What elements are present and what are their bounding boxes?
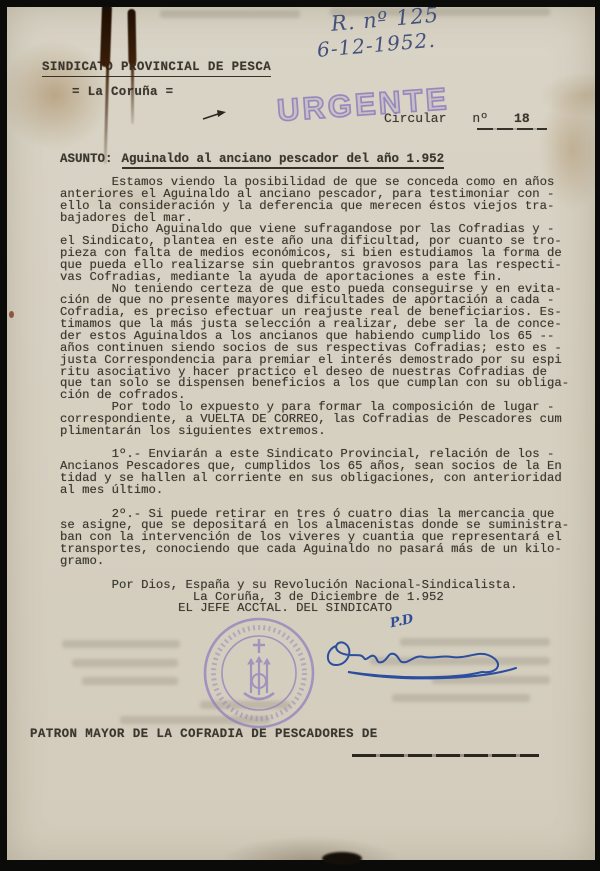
subject-line: ASUNTO:Aguinaldo al anciano pescador del… — [60, 152, 444, 166]
circular-number: 18 — [514, 111, 530, 126]
circular-no-sign: nº — [472, 111, 488, 126]
ink-spot — [9, 311, 14, 318]
ink-drip-stain — [100, 3, 112, 67]
scan-border — [0, 0, 600, 7]
scan-border — [0, 860, 600, 871]
scan-border — [595, 0, 600, 871]
addressee-fill-blank — [352, 754, 539, 757]
bleed-through-mark — [160, 10, 300, 18]
bleed-through-mark — [72, 659, 178, 667]
circular-number-underline — [477, 128, 547, 130]
syndicate-seal-stamp — [198, 611, 320, 737]
handwritten-signature — [320, 628, 532, 692]
bleed-through-mark — [392, 694, 530, 702]
letter-body: Estamos viendo la posibilidad de que se … — [60, 177, 585, 615]
organization-title: SINDICATO PROVINCIAL DE PESCA — [42, 60, 271, 77]
pen-arrow-mark — [201, 107, 231, 123]
edge-smudge — [322, 852, 362, 865]
ink-drip-stain — [131, 60, 134, 124]
scan-border — [0, 0, 7, 871]
ink-drip-stain — [128, 9, 137, 65]
subject-text: Aguinaldo al anciano pescador del año 1.… — [122, 152, 445, 169]
bleed-through-mark — [82, 677, 178, 685]
bleed-through-mark — [62, 640, 180, 648]
place-line: = La Coruña = — [72, 85, 173, 99]
document-page: R. nº 125 6-12-1952. SINDICATO PROVINCIA… — [0, 0, 600, 871]
